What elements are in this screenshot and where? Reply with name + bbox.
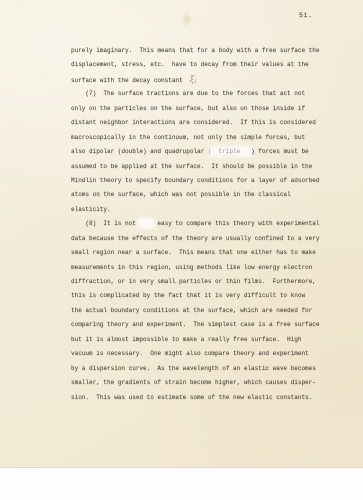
text-line: (7) The surface tractions are due to the… [71,87,331,101]
text-segment: surface with the decay constant [71,77,190,84]
paper-smudge [182,11,192,28]
text-segment: measurements in this region, using metho… [71,264,312,271]
typewritten-text-block: purely imaginary. This means that for a … [71,44,331,405]
text-line: the actual boundary conditions at the su… [71,304,331,318]
text-line: displacement, stress, etc. have to decay… [71,58,331,72]
text-segment: the actual boundary conditions at the su… [71,307,312,314]
text-segment: displacement, stress, etc. have to decay… [71,61,309,68]
text-line: this is complicated by the fact that it … [71,289,331,303]
text-line: sion. This was used to estimate some of … [71,391,331,405]
text-segment: macroscopically in the continuum, not on… [71,134,305,141]
text-line: comparing theory and experiment. The sim… [71,318,331,332]
text-line: only on the particles on the surface, bu… [71,102,331,116]
text-line: macroscopically in the continuum, not on… [71,131,331,145]
whiteout-correction-patch: triple [211,148,251,155]
text-segment: easy to compare this theory with experim… [154,220,320,227]
text-line: elasticity. [71,203,331,217]
text-segment: also dipolar (double) and quadrupolar ( [71,148,211,155]
text-segment: sion. This was used to estimate some of … [71,394,312,401]
text-segment: but it is almost impossible to make a re… [71,336,301,343]
text-line: small region near a surface. This means … [71,246,331,260]
whiteout-correction-patch [139,220,153,227]
text-segment: by a dispersion curve. As the wavelength… [71,365,316,372]
document-page: 51. purely imaginary. This means that fo… [0,0,363,468]
text-segment: Mindlin theory to specify boundary condi… [71,177,319,184]
text-line: measurements in this region, using metho… [71,261,331,275]
text-line: Mindlin theory to specify boundary condi… [71,174,331,188]
text-segment: purely imaginary. This means that for a … [71,47,319,54]
text-segment: atoms on the surface, which was not poss… [71,191,291,198]
text-line: distant neighbor interactions are consid… [71,116,331,130]
text-line: by a dispersion curve. As the wavelength… [71,362,331,376]
text-line: data because the effects of the theory a… [71,232,331,246]
scanned-page-background: 51. purely imaginary. This means that fo… [0,0,363,500]
text-segment: distant neighbor interactions are consid… [71,119,316,126]
text-line: atoms on the surface, which was not poss… [71,188,331,202]
text-line: vacuum is necessary. One might also comp… [71,347,331,361]
text-segment: data because the effects of the theory a… [71,235,319,242]
text-segment: ) forces must be [251,148,309,155]
text-segment: elasticity. [71,206,111,213]
text-segment: smaller, the gradients of strain become … [71,379,316,386]
text-segment: (8) It is not [71,220,139,227]
page-number: 51. [299,12,313,19]
text-segment: vacuum is necessary. One might also comp… [71,350,309,357]
text-segment: this is complicated by the fact that it … [71,292,305,299]
text-segment: small region near a surface. This means … [71,249,316,256]
text-line: assumed to be applied at the surface. It… [71,160,331,174]
text-line: also dipolar (double) and quadrupolar ( … [71,145,331,159]
text-line: purely imaginary. This means that for a … [71,44,331,58]
text-segment: (7) The surface tractions are due to the… [71,90,305,97]
text-line: diffraction, or in very small particles … [71,275,331,289]
text-line: (8) It is not easy to compare this theor… [71,217,331,231]
handwritten-symbol: ξⱼ [190,75,197,84]
text-line: surface with the decay constant ξⱼ [71,73,331,87]
text-segment: comparing theory and experiment. The sim… [71,321,319,328]
text-line: but it is almost impossible to make a re… [71,333,331,347]
text-segment: diffraction, or in very small particles … [71,278,316,285]
text-segment: assumed to be applied at the surface. It… [71,163,312,170]
text-line: smaller, the gradients of strain become … [71,376,331,390]
text-segment: only on the particles on the surface, bu… [71,105,305,112]
